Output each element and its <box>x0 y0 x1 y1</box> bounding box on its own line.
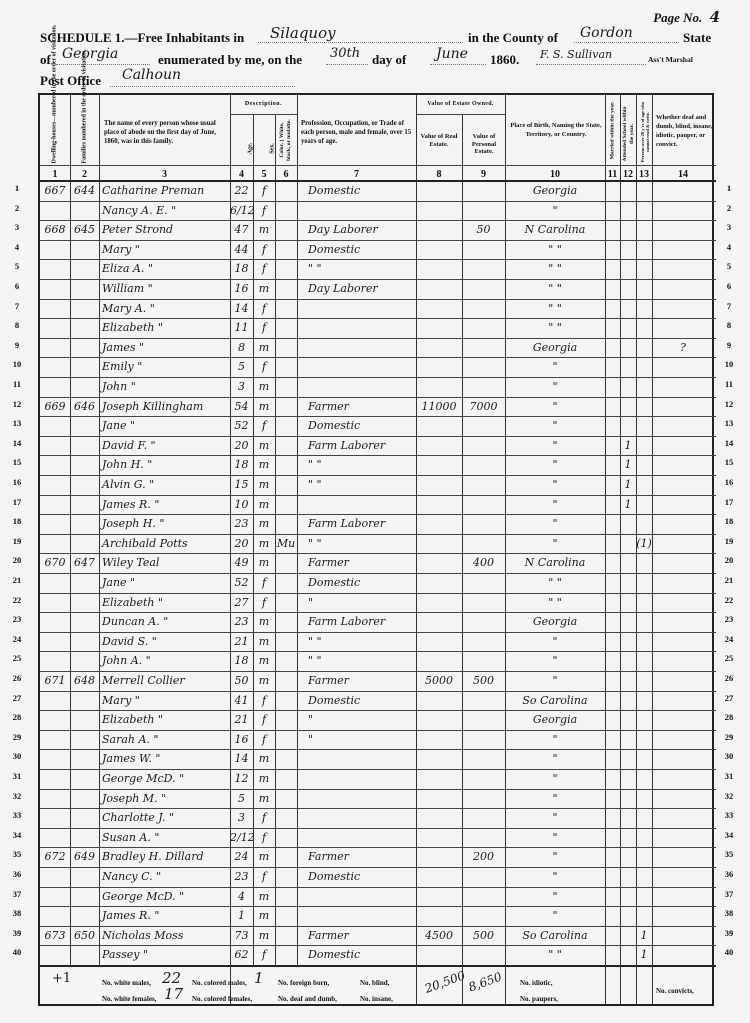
family-number: 647 <box>70 556 99 569</box>
col-number: 7 <box>297 169 416 180</box>
row-number: 6 <box>718 281 740 291</box>
row-number: 17 <box>6 497 28 507</box>
row-number: 40 <box>6 947 28 957</box>
occupation: Domestic <box>302 243 422 256</box>
person-name: Eliza A. " <box>102 262 230 275</box>
personal-estate-total: 8,650 <box>467 970 504 995</box>
table-row: James R. "10m"1 <box>40 495 716 515</box>
col-number: 8 <box>416 169 462 180</box>
day-value: 30th <box>330 46 360 61</box>
person-name: Catharine Preman <box>102 184 230 197</box>
cannot-read-write: 1 <box>636 948 652 961</box>
post-office-value: Calhoun <box>122 67 181 83</box>
birthplace: N Carolina <box>505 223 605 236</box>
row-number: 25 <box>6 653 28 663</box>
age: 18 <box>230 262 253 275</box>
dwelling-number: 667 <box>40 184 70 197</box>
row-number: 9 <box>6 340 28 350</box>
table-row: Susan A. "2/12f" <box>40 828 716 848</box>
county-label: in the County of <box>468 30 558 46</box>
birthplace: " " <box>505 243 605 256</box>
table-row: Nancy C. "23fDomestic" <box>40 867 716 887</box>
birthplace: N Carolina <box>505 556 605 569</box>
table-row: James W. "14m" <box>40 749 716 769</box>
row-number: 37 <box>6 889 28 899</box>
insane-label: No. insane, <box>360 995 393 1003</box>
person-name: Elizabeth " <box>102 321 230 334</box>
birthplace: " <box>505 635 605 648</box>
occupation: Farm Laborer <box>302 439 422 452</box>
birthplace: " " <box>505 576 605 589</box>
person-name: Charlotte J. " <box>102 811 230 824</box>
occupation: " " <box>302 537 422 550</box>
person-name: James R. " <box>102 498 230 511</box>
table-row: Emily "5f" <box>40 357 716 377</box>
sex: m <box>253 341 275 354</box>
dwelling-number: 671 <box>40 674 70 687</box>
sex: m <box>253 223 275 236</box>
cannot-read-write: 1 <box>636 929 652 942</box>
table-row: Elizabeth "11f" " <box>40 318 716 338</box>
idiotic-label: No. idiotic, <box>520 979 552 987</box>
sex: m <box>253 890 275 903</box>
age: 21 <box>230 713 253 726</box>
row-number: 16 <box>718 477 740 487</box>
colored-males-value: 1 <box>254 969 264 987</box>
sex: f <box>253 576 275 589</box>
row-number: 3 <box>718 222 740 232</box>
page-number-label: Page No. <box>653 10 702 25</box>
table-row: 673650Nicholas Moss73mFarmer4500500So Ca… <box>40 926 716 946</box>
row-number: 7 <box>718 301 740 311</box>
enumerated-label: enumerated by me, on the <box>158 52 302 68</box>
occupation: " " <box>302 262 422 275</box>
row-number: 30 <box>6 751 28 761</box>
occupation: Domestic <box>302 694 422 707</box>
col-number: 9 <box>462 169 505 180</box>
birthplace: " <box>505 537 605 550</box>
table-row: Eliza A. "18f" "" " <box>40 259 716 279</box>
occupation: Domestic <box>302 184 422 197</box>
table-row: John "3m" <box>40 377 716 397</box>
row-number: 25 <box>718 653 740 663</box>
birthplace: " <box>505 733 605 746</box>
birthplace: Georgia <box>505 341 605 354</box>
dwelling-number: 672 <box>40 850 70 863</box>
table-row: John H. "18m" ""1 <box>40 455 716 475</box>
family-number: 646 <box>70 400 99 413</box>
sex: m <box>253 850 275 863</box>
age: 3 <box>230 811 253 824</box>
table-row: Jane "52fDomestic" <box>40 416 716 436</box>
age: 41 <box>230 694 253 707</box>
age: 14 <box>230 752 253 765</box>
col-number: 4 <box>230 169 253 180</box>
col2-header: Families numbered in the order of visita… <box>82 98 89 164</box>
colored-males-label: No. colored males, <box>192 979 247 987</box>
birthplace: " <box>505 890 605 903</box>
age: 52 <box>230 419 253 432</box>
family-number: 649 <box>70 850 99 863</box>
sex: f <box>253 870 275 883</box>
row-number: 12 <box>718 399 740 409</box>
family-number: 650 <box>70 929 99 942</box>
row-number: 2 <box>6 203 28 213</box>
col4-header: Age. <box>248 134 255 164</box>
table-row: David S. "21m" "" <box>40 632 716 652</box>
col-number: 12 <box>620 169 636 180</box>
person-name: Duncan A. " <box>102 615 230 628</box>
occupation: " <box>302 596 422 609</box>
table-row: 669646Joseph Killingham54mFarmer11000700… <box>40 397 716 417</box>
family-number: 648 <box>70 674 99 687</box>
table-row: David F. "20mFarm Laborer"1 <box>40 436 716 456</box>
row-number: 11 <box>6 379 28 389</box>
person-name: Joseph M. " <box>102 792 230 805</box>
sex: m <box>253 517 275 530</box>
person-name: Nancy C. " <box>102 870 230 883</box>
attended-school: 1 <box>620 478 636 491</box>
occupation: Day Laborer <box>302 223 422 236</box>
table-row: Mary "41fDomesticSo Carolina <box>40 691 716 711</box>
row-number: 14 <box>718 438 740 448</box>
row-number: 28 <box>6 712 28 722</box>
row-number: 30 <box>718 751 740 761</box>
state-label: State <box>683 30 711 46</box>
row-number: 8 <box>718 320 740 330</box>
table-row: William "16mDay Laborer" " <box>40 279 716 299</box>
table-row: 671648Merrell Collier50mFarmer5000500" <box>40 671 716 691</box>
age: 50 <box>230 674 253 687</box>
row-number: 27 <box>6 693 28 703</box>
sex: m <box>253 615 275 628</box>
sex: m <box>253 674 275 687</box>
person-name: Wiley Teal <box>102 556 230 569</box>
row-number: 3 <box>6 222 28 232</box>
birthplace: " <box>505 850 605 863</box>
row-number: 35 <box>6 849 28 859</box>
sex: f <box>253 302 275 315</box>
marshal-label: Ass't Marshal <box>648 55 693 64</box>
row-number: 32 <box>6 791 28 801</box>
birthplace: " <box>505 458 605 471</box>
sex: f <box>253 713 275 726</box>
person-name: James " <box>102 341 230 354</box>
person-name: John A. " <box>102 654 230 667</box>
row-number: 31 <box>6 771 28 781</box>
person-name: Elizabeth " <box>102 713 230 726</box>
birthplace: " " <box>505 302 605 315</box>
birthplace: " " <box>505 948 605 961</box>
row-number: 2 <box>718 203 740 213</box>
row-number: 4 <box>718 242 740 252</box>
person-name: Emily " <box>102 360 230 373</box>
age: 10 <box>230 498 253 511</box>
row-number: 36 <box>6 869 28 879</box>
row-number: 39 <box>6 928 28 938</box>
person-name: Elizabeth " <box>102 596 230 609</box>
row-number: 33 <box>6 810 28 820</box>
sex: f <box>253 204 275 217</box>
remarks: ? <box>652 341 714 354</box>
birthplace: So Carolina <box>505 929 605 942</box>
col9-header: Value of Personal Estate. <box>464 133 504 156</box>
birthplace: " <box>505 400 605 413</box>
col10-header: Place of Birth, Naming the State, Territ… <box>510 121 602 139</box>
paupers-label: No. paupers, <box>520 995 558 1003</box>
col14-header: Whether deaf and dumb, blind, insane, id… <box>656 113 714 149</box>
sex: f <box>253 360 275 373</box>
birthplace: " <box>505 654 605 667</box>
margin-note: +1 <box>52 971 71 986</box>
row-number: 21 <box>6 575 28 585</box>
sex: m <box>253 635 275 648</box>
dwelling-number: 668 <box>40 223 70 236</box>
occupation: Farmer <box>302 674 422 687</box>
table-row: Jane "52fDomestic" " <box>40 573 716 593</box>
occupation: " " <box>302 654 422 667</box>
census-table: Dwelling-houses—numbered in the order of… <box>38 93 714 1006</box>
row-number: 10 <box>718 359 740 369</box>
occupation: Farmer <box>302 556 422 569</box>
sex: m <box>253 556 275 569</box>
sex: f <box>253 948 275 961</box>
table-row: Charlotte J. "3f" <box>40 808 716 828</box>
occupation: Domestic <box>302 419 422 432</box>
real-estate-value: 11000 <box>416 400 462 413</box>
cannot-read-write: (1) <box>636 537 652 550</box>
real-estate-value: 5000 <box>416 674 462 687</box>
col-number: 10 <box>505 169 605 180</box>
table-row: Elizabeth "27f"" " <box>40 593 716 613</box>
real-estate-total: 20,500 <box>423 968 467 996</box>
occupation: Farmer <box>302 850 422 863</box>
age: 21 <box>230 635 253 648</box>
sex: m <box>253 498 275 511</box>
col-number: 14 <box>652 169 714 180</box>
age: 20 <box>230 439 253 452</box>
birthplace: " <box>505 792 605 805</box>
sex: m <box>253 752 275 765</box>
occupation: Domestic <box>302 948 422 961</box>
row-number: 12 <box>6 399 28 409</box>
occupation: Domestic <box>302 870 422 883</box>
sex: f <box>253 321 275 334</box>
occupation: Farm Laborer <box>302 615 422 628</box>
row-number: 16 <box>6 477 28 487</box>
sex: f <box>253 733 275 746</box>
age: 2/12 <box>230 831 253 844</box>
page-number: Page No. 4 <box>653 8 720 26</box>
personal-estate-value: 200 <box>462 850 505 863</box>
row-number: 1 <box>6 183 28 193</box>
table-row: Sarah A. "16f"" <box>40 730 716 750</box>
occupation: " " <box>302 458 422 471</box>
person-name: David S. " <box>102 635 230 648</box>
person-name: Jane " <box>102 419 230 432</box>
person-name: Nancy A. E. " <box>102 204 230 217</box>
age: 47 <box>230 223 253 236</box>
age: 3 <box>230 380 253 393</box>
row-number: 24 <box>718 634 740 644</box>
row-number: 13 <box>718 418 740 428</box>
personal-estate-value: 7000 <box>462 400 505 413</box>
row-number: 38 <box>6 908 28 918</box>
row-number: 20 <box>718 555 740 565</box>
birthplace: Georgia <box>505 184 605 197</box>
person-name: Mary A. " <box>102 302 230 315</box>
table-row: Joseph H. "23mFarm Laborer" <box>40 514 716 534</box>
birthplace: " <box>505 752 605 765</box>
blind-label: No. blind, <box>360 979 389 987</box>
row-number: 5 <box>6 261 28 271</box>
row-number: 13 <box>6 418 28 428</box>
row-number: 5 <box>718 261 740 271</box>
col11-header: Married within the year. <box>610 100 617 162</box>
attended-school: 1 <box>620 439 636 452</box>
birthplace: " <box>505 360 605 373</box>
person-name: Peter Strond <box>102 223 230 236</box>
age: 15 <box>230 478 253 491</box>
person-name: Joseph Killingham <box>102 400 230 413</box>
birthplace: " <box>505 909 605 922</box>
birthplace: So Carolina <box>505 694 605 707</box>
real-estate-value: 4500 <box>416 929 462 942</box>
person-name: Bradley H. Dillard <box>102 850 230 863</box>
row-number: 34 <box>6 830 28 840</box>
sex: m <box>253 772 275 785</box>
table-row: Mary A. "14f" " <box>40 299 716 319</box>
foreign-born-label: No. foreign born, <box>278 979 329 987</box>
age: 20 <box>230 537 253 550</box>
birthplace: " <box>505 380 605 393</box>
row-number: 26 <box>718 673 740 683</box>
table-row: Passey "62fDomestic" "1 <box>40 945 716 965</box>
person-name: George McD. " <box>102 890 230 903</box>
age: 11 <box>230 321 253 334</box>
occupation: Day Laborer <box>302 282 422 295</box>
col1-header: Dwelling-houses—numbered in the order of… <box>52 98 59 164</box>
age: 14 <box>230 302 253 315</box>
person-name: Joseph H. " <box>102 517 230 530</box>
day-of-label: day of <box>372 52 406 68</box>
row-number: 29 <box>6 732 28 742</box>
age: 23 <box>230 870 253 883</box>
month-value: June <box>436 46 468 62</box>
attended-school: 1 <box>620 458 636 471</box>
white-females-label: No. white females, <box>102 995 156 1003</box>
row-number: 40 <box>718 947 740 957</box>
person-name: Nicholas Moss <box>102 929 230 942</box>
age: 18 <box>230 458 253 471</box>
person-name: Merrell Collier <box>102 674 230 687</box>
marshal-name: F. S. Sullivan <box>540 48 612 61</box>
table-row: Duncan A. "23mFarm LaborerGeorgia <box>40 612 716 632</box>
row-number: 23 <box>718 614 740 624</box>
col-number: 13 <box>636 169 652 180</box>
place-value: Silaquoy <box>270 24 336 42</box>
personal-estate-value: 500 <box>462 929 505 942</box>
sex: f <box>253 262 275 275</box>
person-name: Passey " <box>102 948 230 961</box>
col8-header: Value of Real Estate. <box>418 133 460 148</box>
row-number: 33 <box>718 810 740 820</box>
person-name: Susan A. " <box>102 831 230 844</box>
row-number: 11 <box>718 379 740 389</box>
age: 23 <box>230 615 253 628</box>
sex: m <box>253 909 275 922</box>
age: 18 <box>230 654 253 667</box>
col-number: 5 <box>253 169 275 180</box>
occupation: " " <box>302 478 422 491</box>
col12-header: Attended School within the year. <box>622 103 636 165</box>
sex: m <box>253 537 275 550</box>
table-row: George McD. "4m" <box>40 887 716 907</box>
white-males-label: No. white males, <box>102 979 151 987</box>
age: 24 <box>230 850 253 863</box>
birthplace: " <box>505 870 605 883</box>
row-number: 24 <box>6 634 28 644</box>
dwelling-number: 673 <box>40 929 70 942</box>
row-number: 23 <box>6 614 28 624</box>
person-name: John H. " <box>102 458 230 471</box>
table-row: Archibald Potts20mMu" ""(1) <box>40 534 716 554</box>
sex: f <box>253 419 275 432</box>
table-row: 670647Wiley Teal49mFarmer400N Carolina <box>40 553 716 573</box>
sex: m <box>253 654 275 667</box>
row-number: 32 <box>718 791 740 801</box>
birthplace: " <box>505 204 605 217</box>
age: 6/12 <box>230 204 253 217</box>
table-row: 668645Peter Strond47mDay Laborer50N Caro… <box>40 220 716 240</box>
birthplace: " " <box>505 282 605 295</box>
color: Mu <box>275 537 297 550</box>
person-name: William " <box>102 282 230 295</box>
age: 1 <box>230 909 253 922</box>
birthplace: " " <box>505 596 605 609</box>
row-number: 1 <box>718 183 740 193</box>
page-number-value: 4 <box>710 8 720 26</box>
age: 44 <box>230 243 253 256</box>
table-row: James "8mGeorgia? <box>40 338 716 358</box>
row-number: 26 <box>6 673 28 683</box>
birthplace: " " <box>505 321 605 334</box>
row-number: 28 <box>718 712 740 722</box>
sex: m <box>253 478 275 491</box>
table-row: 672649Bradley H. Dillard24mFarmer200" <box>40 847 716 867</box>
occupation: " <box>302 713 422 726</box>
occupation: " <box>302 733 422 746</box>
age: 62 <box>230 948 253 961</box>
person-name: Sarah A. " <box>102 733 230 746</box>
occupation: " " <box>302 635 422 648</box>
age: 5 <box>230 360 253 373</box>
row-number: 20 <box>6 555 28 565</box>
value-group-header: Value of Estate Owned. <box>416 101 505 109</box>
table-row: Joseph M. "5m" <box>40 789 716 809</box>
person-name: David F. " <box>102 439 230 452</box>
row-number: 22 <box>6 595 28 605</box>
row-number: 15 <box>718 457 740 467</box>
col-number: 3 <box>99 169 230 180</box>
white-females-value: 17 <box>164 985 183 1003</box>
year-value: 1860. <box>490 52 519 68</box>
row-number: 22 <box>718 595 740 605</box>
of-label: of <box>40 52 51 68</box>
person-name: Mary " <box>102 243 230 256</box>
row-number: 37 <box>718 889 740 899</box>
col-number: 6 <box>275 169 297 180</box>
